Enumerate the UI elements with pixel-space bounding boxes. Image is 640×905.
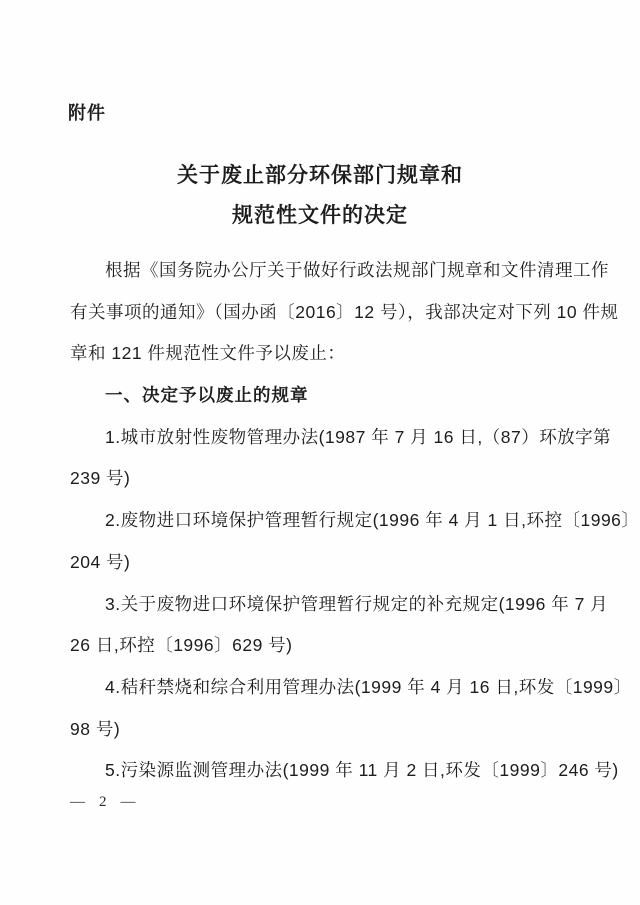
- list-item-3-line: 26 日,环控〔1996〕629 号): [70, 625, 572, 667]
- document-body: 根据《国务院办公厅关于做好行政法规部门规章和文件清理工作 有关事项的通知》（国办…: [70, 250, 572, 792]
- list-item-2-line: 204 号): [70, 542, 572, 584]
- document-title: 关于废止部分环保部门规章和 规范性文件的决定: [0, 156, 640, 236]
- list-item-1-line: 239 号): [70, 458, 572, 500]
- list-item-4-line: 4.秸秆禁烧和综合利用管理办法(1999 年 4 月 16 日,环发〔1999〕: [70, 667, 572, 709]
- intro-line: 根据《国务院办公厅关于做好行政法规部门规章和文件清理工作: [70, 250, 572, 292]
- list-item-5-line: 5.污染源监测管理办法(1999 年 11 月 2 日,环发〔1999〕246 …: [70, 750, 572, 792]
- document-title-line1: 关于废止部分环保部门规章和: [0, 156, 640, 196]
- list-item-2-line: 2.废物进口环境保护管理暂行规定(1996 年 4 月 1 日,环控〔1996〕: [70, 500, 572, 542]
- document-page: 附件 关于废止部分环保部门规章和 规范性文件的决定 根据《国务院办公厅关于做好行…: [0, 0, 640, 905]
- attachment-label: 附件: [68, 99, 106, 125]
- list-item-1-line: 1.城市放射性废物管理办法(1987 年 7 月 16 日,（87）环放字第: [70, 417, 572, 459]
- footer-dash-right: —: [121, 794, 136, 811]
- document-title-line2: 规范性文件的决定: [0, 196, 640, 236]
- footer-dash-left: —: [70, 794, 85, 811]
- intro-line: 有关事项的通知》（国办函〔2016〕12 号），我部决定对下列 10 件规: [70, 292, 572, 334]
- page-number: 2: [99, 794, 107, 811]
- list-item-3-line: 3.关于废物进口环境保护管理暂行规定的补充规定(1996 年 7 月: [70, 584, 572, 626]
- page-footer: — 2 —: [70, 794, 136, 811]
- section-heading: 一、决定予以废止的规章: [70, 375, 572, 417]
- list-item-4-line: 98 号): [70, 709, 572, 751]
- intro-line: 章和 121 件规范性文件予以废止：: [70, 333, 572, 375]
